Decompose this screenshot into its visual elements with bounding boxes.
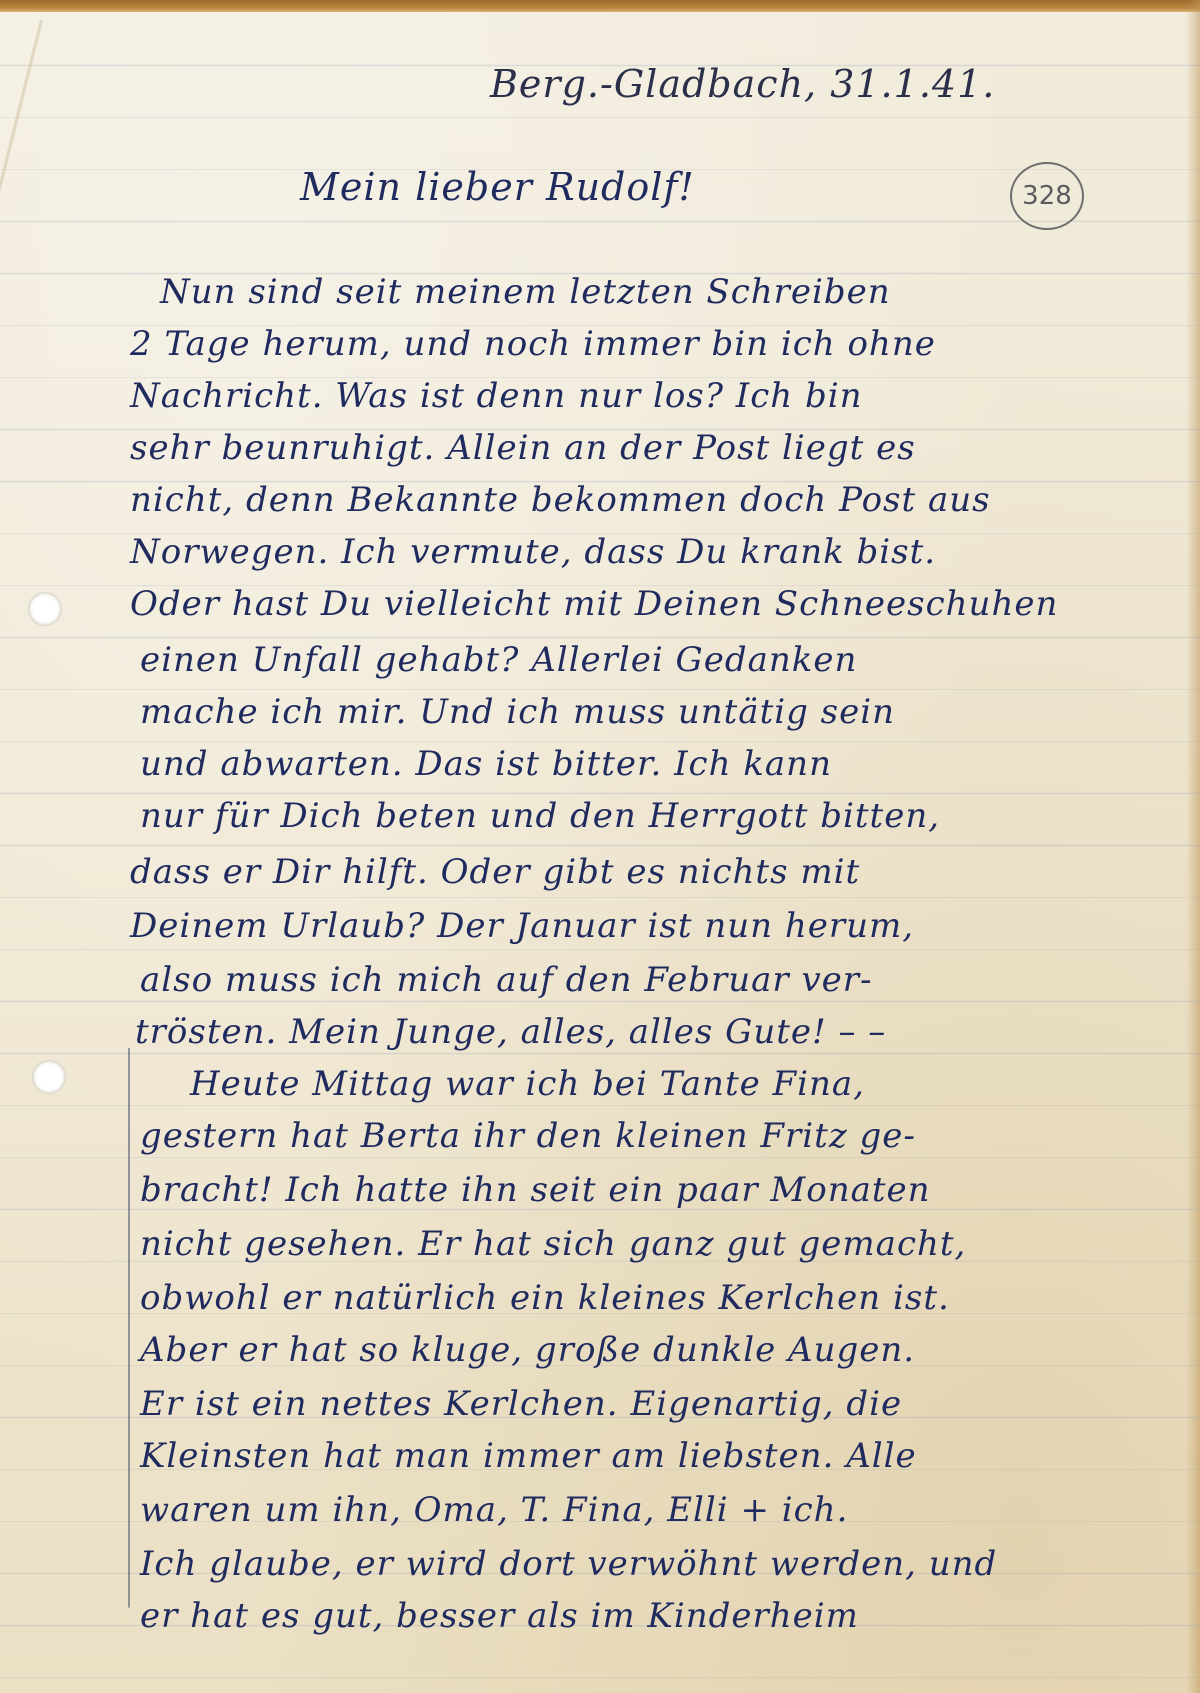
letter-line: Er ist ein nettes Kerlchen. Eigenartig, … [140, 1384, 902, 1424]
margin-bracket [128, 1048, 130, 1608]
letter-line: Ich glaube, er wird dort verwöhnt werden… [140, 1544, 997, 1584]
letter-line: einen Unfall gehabt? Allerlei Gedanken [140, 640, 857, 680]
letter-line: Kleinsten hat man immer am liebsten. All… [140, 1436, 917, 1476]
letter-line: waren um ihn, Oma, T. Fina, Elli + ich. [140, 1490, 848, 1530]
archive-number: 328 [1022, 181, 1072, 211]
letter-line: mache ich mir. Und ich muss untätig sein [140, 692, 895, 732]
letter-line: Heute Mittag war ich bei Tante Fina, [190, 1064, 865, 1104]
letter-line: nur für Dich beten und den Herrgott bitt… [140, 796, 940, 836]
letter-line: er hat es gut, besser als im Kinderheim [140, 1596, 859, 1636]
letter-line: Norwegen. Ich vermute, dass Du krank bis… [130, 532, 936, 572]
letter-scan: 328 Berg.-Gladbach, 31.1.41. Mein lieber… [0, 0, 1200, 1693]
letter-line: obwohl er natürlich ein kleines Kerlchen… [140, 1278, 950, 1318]
letter-line: trösten. Mein Junge, alles, alles Gute! … [135, 1012, 886, 1052]
letter-line: dass er Dir hilft. Oder gibt es nichts m… [130, 852, 860, 892]
letter-line: und abwarten. Das ist bitter. Ich kann [140, 744, 832, 784]
letter-line: nicht gesehen. Er hat sich ganz gut gema… [140, 1224, 966, 1264]
letter-line: 2 Tage herum, und noch immer bin ich ohn… [130, 324, 936, 364]
archive-number-stamp: 328 [1010, 162, 1084, 230]
letter-line: gestern hat Berta ihr den kleinen Fritz … [140, 1116, 916, 1156]
letter-line: nicht, denn Bekannte bekommen doch Post … [130, 480, 991, 520]
letter-line: sehr beunruhigt. Allein an der Post lieg… [130, 428, 916, 468]
salutation: Mein lieber Rudolf! [300, 165, 695, 209]
punch-hole-icon [28, 592, 62, 626]
letter-line: Aber er hat so kluge, große dunkle Augen… [140, 1330, 915, 1370]
letter-line: Nun sind seit meinem letzten Schreiben [160, 272, 891, 312]
letter-line: Oder hast Du vielleicht mit Deinen Schne… [130, 584, 1058, 624]
letter-line: Deinem Urlaub? Der Januar ist nun herum, [130, 906, 914, 946]
letter-line: bracht! Ich hatte ihn seit ein paar Mona… [140, 1170, 931, 1210]
letter-line: also muss ich mich auf den Februar ver- [140, 960, 873, 1000]
letter-line: Nachricht. Was ist denn nur los? Ich bin [130, 376, 863, 416]
place-date: Berg.-Gladbach, 31.1.41. [490, 62, 995, 106]
punch-hole-icon [32, 1060, 66, 1094]
